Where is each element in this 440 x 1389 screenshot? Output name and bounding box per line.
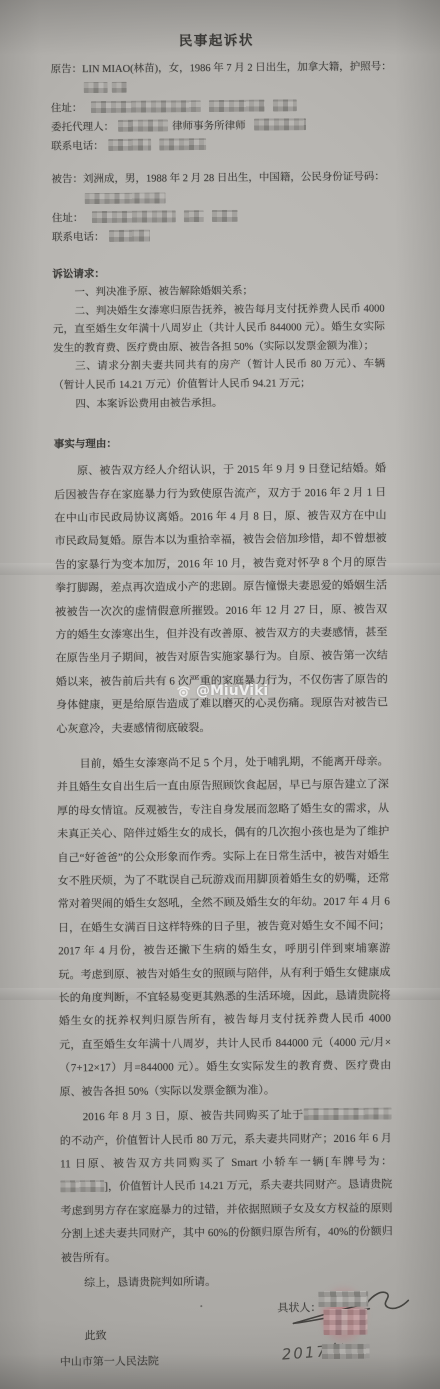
facts-p3-mid: 的不动产，价值暂计人民币 80 万元，系夫妻共同财产；2016 年 6 月 11… xyxy=(60,1132,392,1170)
claim-item: 二、判决婚生女溙寒归原告抚养，被告每月支付抚养费人民币 4000 元，直至婚生女… xyxy=(53,300,385,359)
facts-p3-after: ]，价值暂计人民币 14.21 万元，系夫妻共同财产。恳请贵院考虑到男方存在家庭… xyxy=(60,1179,392,1264)
watermark-text: @MiuViki xyxy=(196,683,268,699)
redacted-signature-name xyxy=(318,1291,368,1307)
defendant-line: 被告：刘洲成，男，1988 年 2 月 28 日出生，中国籍，公民身份证号码： xyxy=(51,168,383,190)
redacted-address-1 xyxy=(91,210,175,223)
redacted-address-1 xyxy=(90,100,200,113)
facts-section: 原、被告双方经人介绍认识，于 2015 年 9 月 9 日登记结婚。婚后因被告存… xyxy=(54,458,393,1271)
facts-heading: 事实与理由： xyxy=(54,433,386,455)
address-label: 住址： xyxy=(52,213,84,224)
document-title: 民事起诉状 xyxy=(50,29,382,54)
redacted-phone-2 xyxy=(159,138,206,150)
weibo-eye-icon xyxy=(175,684,192,698)
claims-list: 一、判决准予原、被告解除婚姻关系； 二、判决婚生女溙寒归原告抚养，被告每月支付抚… xyxy=(52,282,385,415)
redacted-agent-name-2 xyxy=(253,118,305,130)
facts-paragraph-2: 目前，婚生女溙寒尚不足 5 个月，处于哺乳期，不能离开母亲。并且婚生女自出生后一… xyxy=(57,751,392,1105)
agent-label: 委托代理人： xyxy=(51,122,114,134)
phone-label: 联系电话： xyxy=(52,232,105,243)
plaintiff-passport-redacted xyxy=(84,77,383,99)
plaintiff-phone-line: 联系电话： xyxy=(51,135,383,157)
defendant-phone-line: 联系电话： xyxy=(52,226,384,248)
redacted-license-plate xyxy=(60,1180,104,1192)
redacted-passport-2 xyxy=(112,82,127,93)
redacted-phone xyxy=(108,230,149,242)
phone-label: 联系电话： xyxy=(51,141,104,152)
redacted-property-address xyxy=(304,1108,392,1121)
plaintiff-section: 原告：LIN MIAO(林苗)，女，1986 年 7 月 2 日出生，加拿大籍，… xyxy=(50,58,383,157)
facts-paragraph-3: 2016 年 8 月 3 日，原、被告共同购买了址于的不动产，价值暂计人民币 8… xyxy=(60,1104,393,1271)
weibo-watermark: @MiuViki xyxy=(175,683,268,699)
plaintiff-line: 原告：LIN MIAO(林苗)，女，1986 年 7 月 2 日出生，加拿大籍，… xyxy=(50,58,382,80)
paper-speck xyxy=(200,1305,202,1307)
claim-item: 三、请求分割夫妻共同共有的房产（暂计人民币 80 万元）、车辆（暂计人民币 14… xyxy=(53,356,385,396)
redacted-address-2 xyxy=(183,210,203,222)
photographed-complaint-document: 民事起诉状 原告：LIN MIAO(林苗)，女，1986 年 7 月 2 日出生… xyxy=(0,0,440,1389)
defendant-id-redacted xyxy=(85,187,384,209)
redacted-address-2 xyxy=(208,99,264,111)
address-label: 住址： xyxy=(51,103,83,114)
facts-p3-before: 2016 年 8 月 3 日，原、被告共同购买了址于 xyxy=(83,1109,304,1123)
redacted-address-3 xyxy=(211,210,237,222)
redacted-phone-1 xyxy=(108,139,151,151)
redacted-agent-name xyxy=(118,119,168,131)
defendant-section: 被告：刘洲成，男，1988 年 2 月 28 日出生，中国籍，公民身份证号码： … xyxy=(51,168,384,248)
claim-item: 四、本案诉讼费用由被告承担。 xyxy=(53,393,385,414)
signer-label: 具状人： xyxy=(277,1299,321,1315)
redacted-date-month-day xyxy=(322,1344,370,1359)
agent-firm-suffix: 律师事务所律师 xyxy=(172,121,246,133)
redacted-signature-seal-area xyxy=(323,1309,367,1335)
redacted-address-3 xyxy=(272,99,296,111)
redacted-passport-1 xyxy=(84,82,108,93)
redacted-id-number xyxy=(85,192,166,204)
